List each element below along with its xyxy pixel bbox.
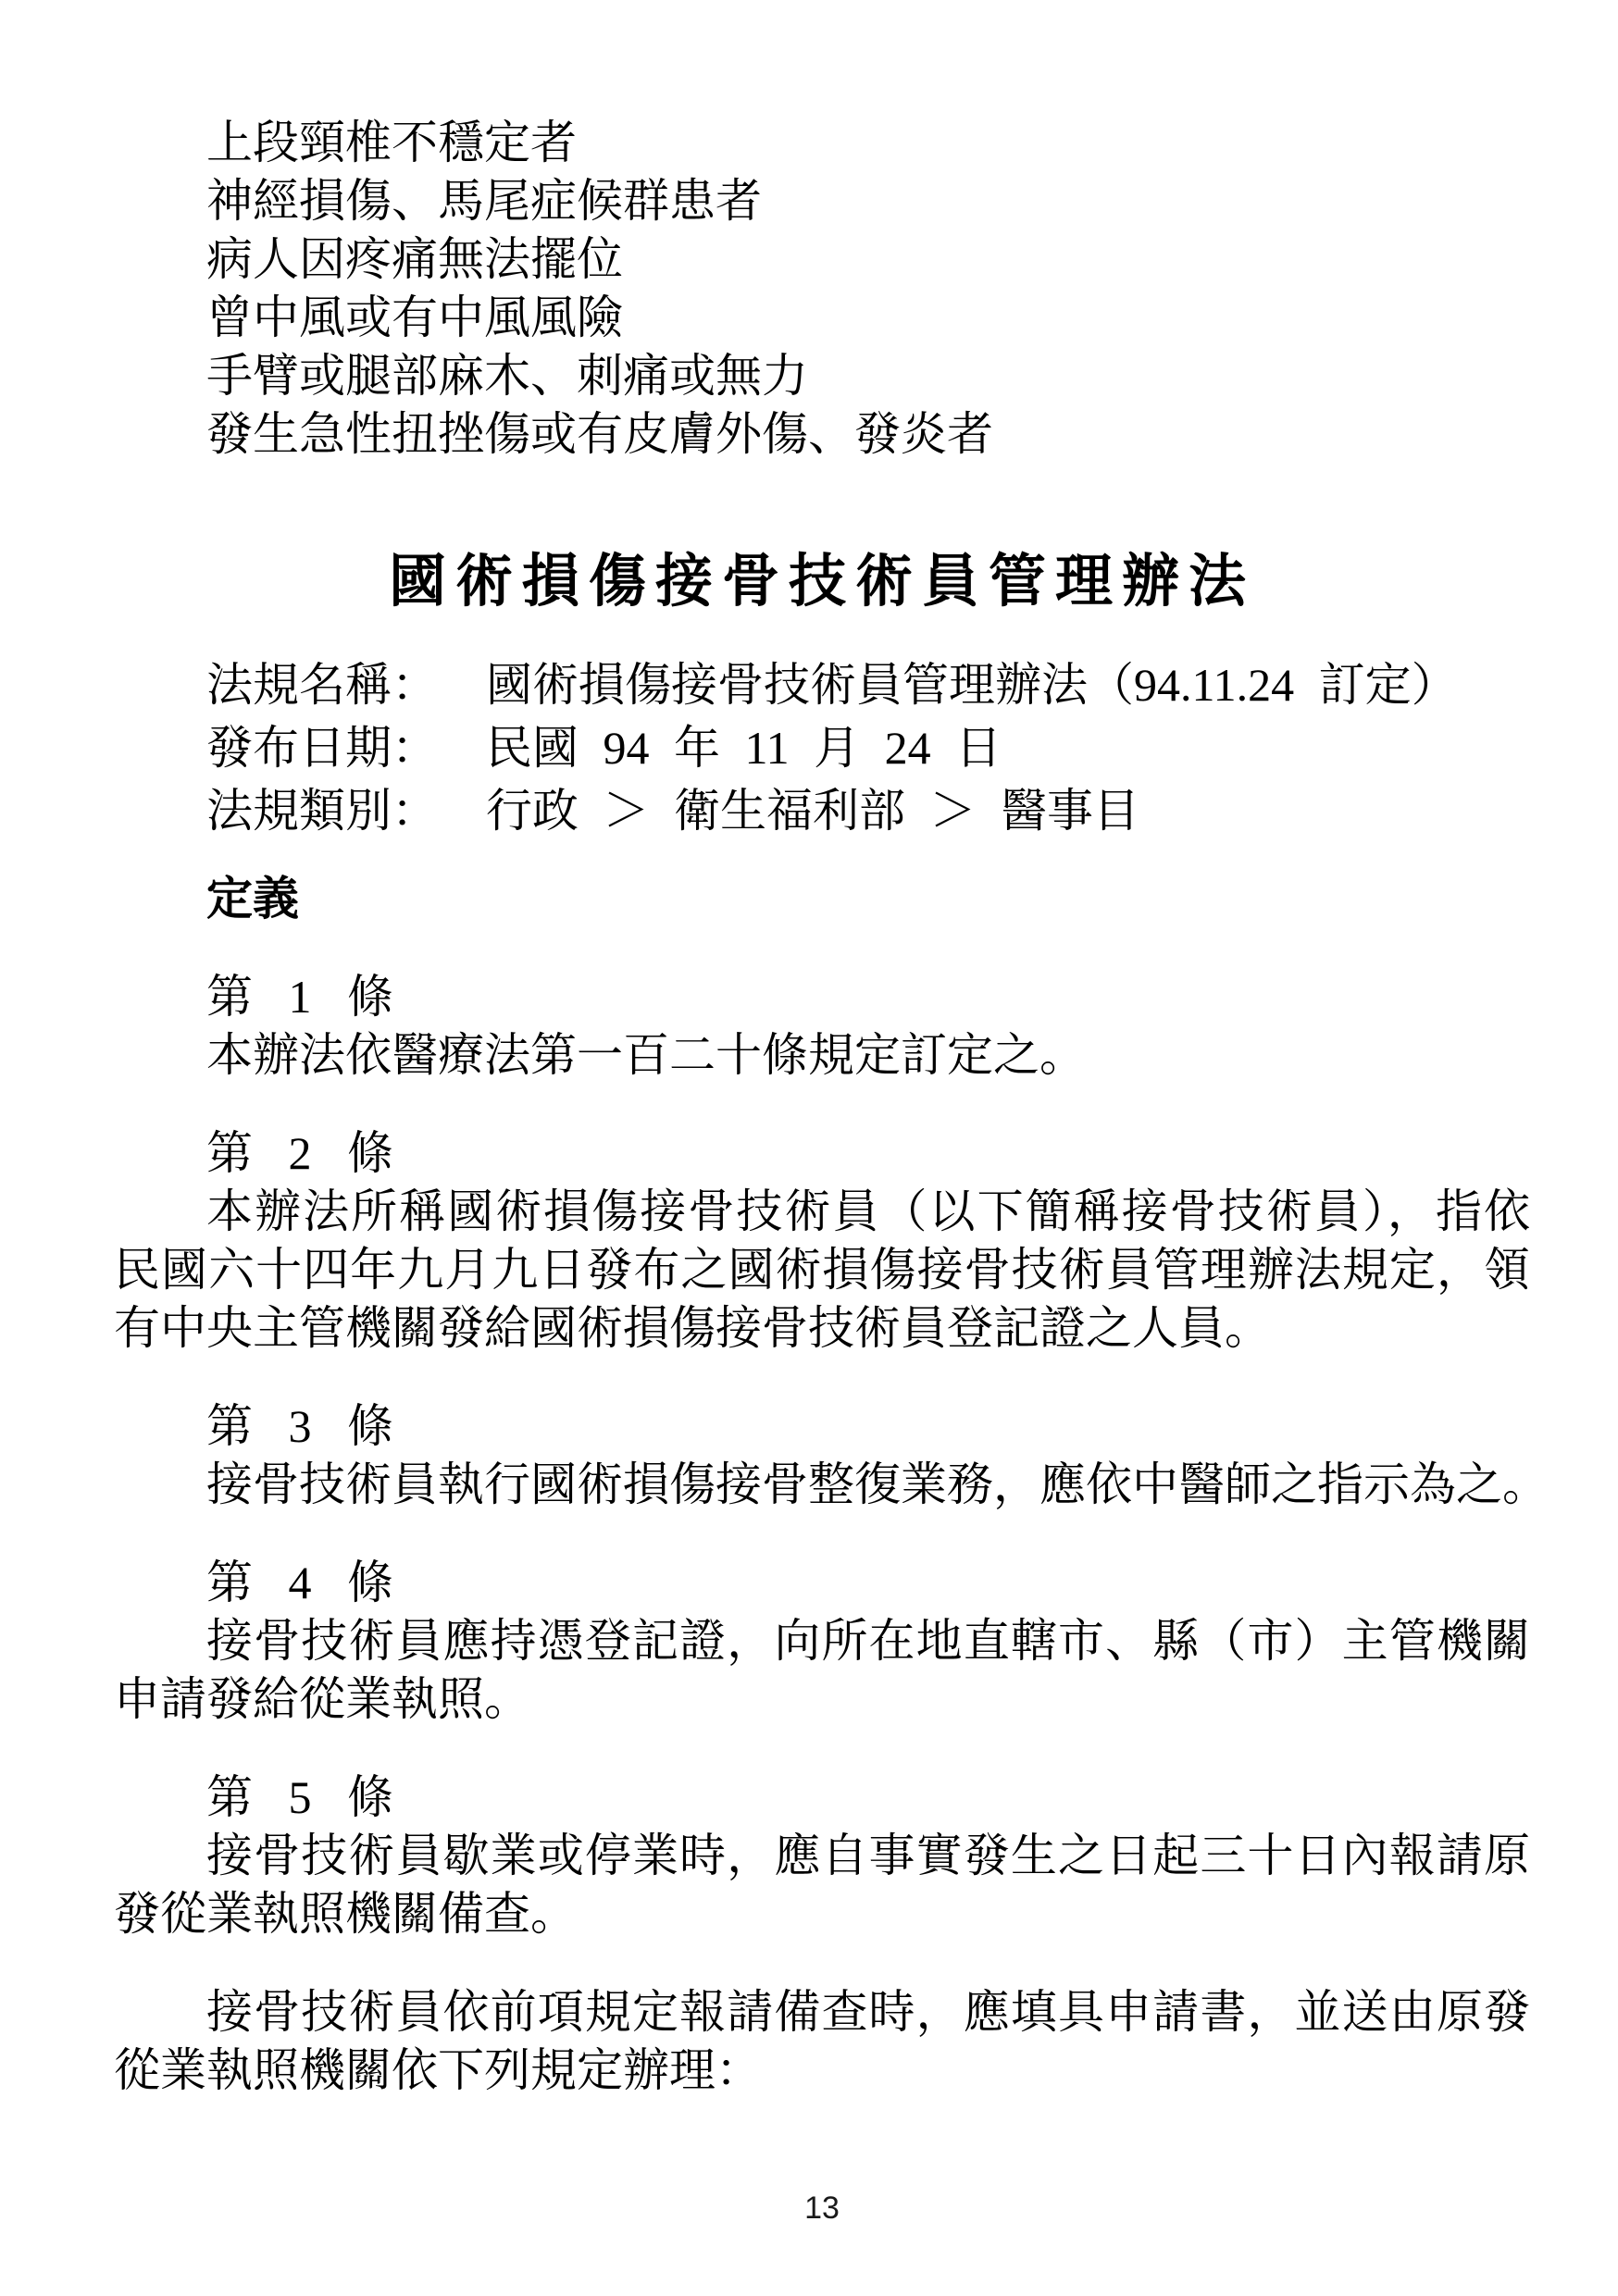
meta-row-category: 法規類別：行政 ＞ 衛生福利部 ＞ 醫事目	[114, 779, 1530, 842]
meta-label-name: 法規名稱：	[206, 653, 486, 716]
page-footer: 13	[114, 2190, 1530, 2227]
article-line: 本辦法所稱國術損傷接骨技術員（以下簡稱接骨技術員），指依	[114, 1183, 1530, 1241]
list-item: 手臂或腿部麻木、刺痛或無力	[114, 347, 1530, 405]
article-1: 第 1 條 本辦法依醫療法第一百二十條規定訂定之。	[114, 968, 1530, 1085]
meta-label-date: 發布日期：	[206, 716, 486, 779]
article-number: 第 2 條	[114, 1124, 1530, 1183]
meta-value-category: 行政 ＞ 衛生福利部 ＞ 醫事目	[486, 785, 1139, 837]
article-line: 民國六十四年九月九日發布之國術損傷接骨技術員管理辦法規定，領	[114, 1241, 1530, 1299]
article-paragraph: 接骨技術員歇業或停業時，應自事實發生之日起三十日內報請原 發從業執照機關備查。	[114, 1827, 1530, 1943]
article-paragraph: 本辦法依醫療法第一百二十條規定訂定之。	[114, 1026, 1530, 1085]
article-line: 接骨技術員依前項規定報請備查時，應填具申請書，並送由原發	[114, 1983, 1530, 2042]
article-paragraph: 接骨技術員執行國術損傷接骨整復業務，應依中醫師之指示為之。	[114, 1456, 1530, 1514]
article-line: 接骨技術員執行國術損傷接骨整復業務，應依中醫師之指示為之。	[114, 1456, 1530, 1514]
meta-value-date: 民國 94 年 11 月 24 日	[486, 722, 1002, 774]
article-number: 第 1 條	[114, 968, 1530, 1026]
document-page: 上段頸椎不穩定者 神經損傷、馬尾症候群患者 病人因疼痛無法擺位 曾中風或有中風風…	[0, 0, 1618, 2296]
article-line: 有中央主管機關發給國術損傷接骨技術員登記證之人員。	[114, 1299, 1530, 1358]
article-line: 接骨技術員應持憑登記證，向所在地直轄市、縣（市）主管機關	[114, 1612, 1530, 1670]
meta-label-category: 法規類別：	[206, 779, 486, 842]
article-line: 發從業執照機關備查。	[114, 1885, 1530, 1943]
article-number: 第 3 條	[114, 1397, 1530, 1456]
article-number: 第 5 條	[114, 1769, 1530, 1827]
section-heading: 定義	[114, 870, 1530, 928]
regulation-title: 國術損傷接骨技術員管理辦法	[114, 545, 1530, 619]
article-paragraph: 接骨技術員應持憑登記證，向所在地直轄市、縣（市）主管機關 申請發給從業執照。	[114, 1612, 1530, 1729]
article-3: 第 3 條 接骨技術員執行國術損傷接骨整復業務，應依中醫師之指示為之。	[114, 1397, 1530, 1514]
meta-value-name: 國術損傷接骨技術員管理辦法（94.11.24 訂定）	[486, 659, 1458, 711]
article-line: 申請發給從業執照。	[114, 1670, 1530, 1729]
meta-row-name: 法規名稱：國術損傷接骨技術員管理辦法（94.11.24 訂定）	[114, 653, 1530, 716]
meta-row-date: 發布日期：民國 94 年 11 月 24 日	[114, 716, 1530, 779]
article-line: 接骨技術員歇業或停業時，應自事實發生之日起三十日內報請原	[114, 1827, 1530, 1885]
article-4: 第 4 條 接骨技術員應持憑登記證，向所在地直轄市、縣（市）主管機關 申請發給從…	[114, 1554, 1530, 1729]
article-5: 第 5 條 接骨技術員歇業或停業時，應自事實發生之日起三十日內報請原 發從業執照…	[114, 1769, 1530, 2100]
article-paragraph: 接骨技術員依前項規定報請備查時，應填具申請書，並送由原發 從業執照機關依下列規定…	[114, 1983, 1530, 2100]
list-item: 上段頸椎不穩定者	[114, 114, 1530, 172]
list-item: 曾中風或有中風風險	[114, 289, 1530, 347]
contraindication-list: 上段頸椎不穩定者 神經損傷、馬尾症候群患者 病人因疼痛無法擺位 曾中風或有中風風…	[114, 114, 1530, 464]
article-paragraph: 本辦法所稱國術損傷接骨技術員（以下簡稱接骨技術員），指依 民國六十四年九月九日發…	[114, 1183, 1530, 1358]
page-number: 13	[804, 2191, 840, 2226]
article-number: 第 4 條	[114, 1554, 1530, 1612]
list-item: 發生急性扭挫傷或有皮膚外傷、發炎者	[114, 405, 1530, 464]
list-item: 病人因疼痛無法擺位	[114, 230, 1530, 289]
list-item: 神經損傷、馬尾症候群患者	[114, 172, 1530, 230]
article-line: 從業執照機關依下列規定辦理：	[114, 2042, 1530, 2100]
article-line: 本辦法依醫療法第一百二十條規定訂定之。	[114, 1026, 1530, 1085]
article-2: 第 2 條 本辦法所稱國術損傷接骨技術員（以下簡稱接骨技術員），指依 民國六十四…	[114, 1124, 1530, 1358]
regulation-meta: 法規名稱：國術損傷接骨技術員管理辦法（94.11.24 訂定） 發布日期：民國 …	[114, 653, 1530, 842]
